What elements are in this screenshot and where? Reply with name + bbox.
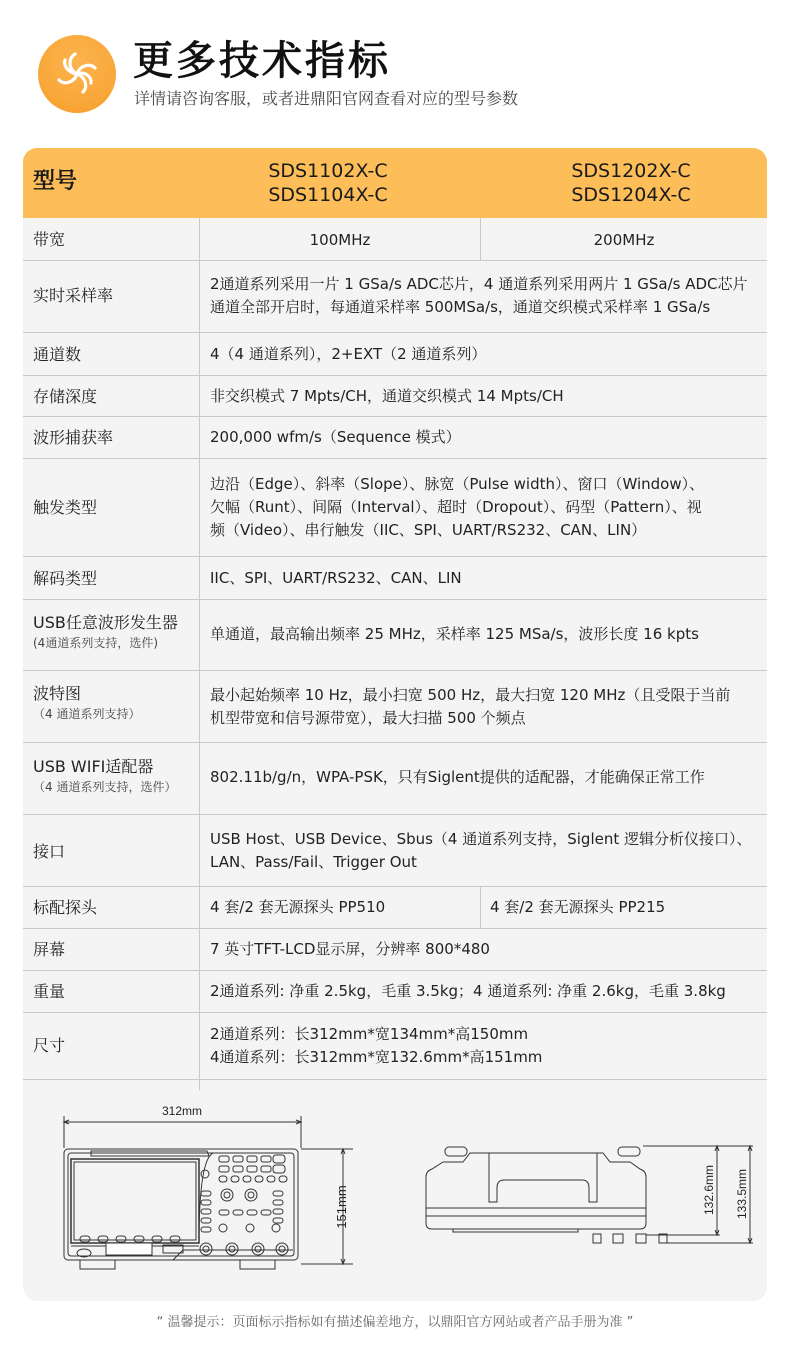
row-value: 2通道系列：长312mm*宽134mm*高150mm 4通道系列：长312mm*… (210, 1023, 762, 1069)
table-row-bandwidth: 带宽 100MHz 200MHz (23, 218, 767, 261)
row-label: 波形捕获率 (33, 427, 113, 449)
value-line: USB Host、USB Device、Sbus（4 通道系列支持，Siglen… (210, 828, 762, 851)
oscilloscope-dimension-drawing: 312mm 151mm 132.6mm 133.5mm (23, 1090, 767, 1301)
table-row-weight: 重量 2通道系列: 净重 2.5kg，毛重 3.5kg；4 通道系列: 净重 2… (23, 971, 767, 1013)
value-line: 通道全部开启时，每通道采样率 500MSa/s，通道交织模式采样率 1 GSa/… (210, 296, 762, 319)
table-row-capture-rate: 波形捕获率 200,000 wfm/s（Sequence 模式） (23, 417, 767, 459)
value-line: 边沿（Edge）、斜率（Slope）、脉宽（Pulse width）、窗口（Wi… (210, 473, 762, 496)
table-row-channels: 通道数 4（4 通道系列），2+EXT（2 通道系列） (23, 333, 767, 376)
row-value: 4 套/2 套无源探头 PP510 (210, 896, 480, 919)
value-line: 2通道系列采用一片 1 GSa/s ADC芯片，4 通道系列采用两片 1 GSa… (210, 273, 762, 296)
row-value: 4 套/2 套无源探头 PP215 (490, 896, 760, 919)
row-label: 实时采样率 (33, 285, 113, 307)
front-height-label: 151mm (334, 1185, 349, 1228)
swirl-fan-icon (38, 35, 116, 113)
model-name: SDS1102X-C (198, 159, 458, 183)
dimension-diagrams: 312mm 151mm 132.6mm 133.5mm (23, 1090, 767, 1301)
row-value: USB Host、USB Device、Sbus（4 通道系列支持，Siglen… (210, 828, 762, 874)
row-label-text: USB WIFI适配器 (33, 757, 153, 776)
page-subtitle: 详情请咨询客服，或者进鼎阳官网查看对应的型号参数 (134, 89, 518, 109)
row-value: 4（4 通道系列），2+EXT（2 通道系列） (210, 343, 762, 366)
model-column-2: SDS1202X-C SDS1204X-C (501, 159, 761, 207)
row-value: 7 英寸TFT-LCD显示屏，分辨率 800*480 (210, 938, 762, 961)
page-title: 更多技术指标 (133, 38, 391, 84)
row-value: 200,000 wfm/s（Sequence 模式） (210, 426, 762, 449)
footer-note: “ 温馨提示：页面标示指标如有描述偏差地方，以鼎阳官方网站或者产品手册为准 ” (0, 1313, 790, 1333)
model-column-1: SDS1102X-C SDS1104X-C (198, 159, 458, 207)
row-label: 通道数 (33, 344, 81, 366)
row-label: 标配探头 (33, 897, 97, 919)
column-divider (199, 1080, 200, 1090)
row-label: 带宽 (33, 229, 65, 251)
row-value: 200MHz (481, 229, 767, 252)
row-value: 100MHz (200, 229, 480, 252)
model-name: SDS1202X-C (501, 159, 761, 183)
row-value: 最小起始频率 10 Hz，最小扫宽 500 Hz，最大扫宽 120 MHz（且受… (210, 684, 762, 730)
table-header-row: 型号 SDS1102X-C SDS1104X-C SDS1202X-C SDS1… (23, 148, 767, 218)
row-value: 2通道系列: 净重 2.5kg，毛重 3.5kg；4 通道系列: 净重 2.6k… (210, 980, 762, 1003)
table-row-probes: 标配探头 4 套/2 套无源探头 PP510 4 套/2 套无源探头 PP215 (23, 887, 767, 929)
row-label: 重量 (33, 981, 65, 1003)
row-label: 接口 (33, 841, 65, 863)
value-line: 频（Video）、串行触发（IIC、SPI、UART/RS232、CAN、LIN… (210, 519, 762, 542)
value-line: 欠幅（Runt）、间隔（Interval）、超时（Dropout）、码型（Pat… (210, 496, 762, 519)
row-value: 单通道，最高输出频率 25 MHz，采样率 125 MSa/s，波形长度 16 … (210, 623, 762, 646)
table-row-memory-depth: 存储深度 非交织模式 7 Mpts/CH，通道交织模式 14 Mpts/CH (23, 376, 767, 417)
value-line: 4通道系列：长312mm*宽132.6mm*高151mm (210, 1046, 762, 1069)
column-divider (480, 218, 481, 261)
front-width-label: 312mm (162, 1104, 202, 1118)
row-label: USB任意波形发生器 (4通道系列支持，选件) (33, 612, 178, 652)
table-row-trigger-types: 触发类型 边沿（Edge）、斜率（Slope）、脉宽（Pulse width）、… (23, 459, 767, 557)
table-row-sample-rate: 实时采样率 2通道系列采用一片 1 GSa/s ADC芯片，4 通道系列采用两片… (23, 261, 767, 333)
value-line: LAN、Pass/Fail、Trigger Out (210, 851, 762, 874)
row-value: 2通道系列采用一片 1 GSa/s ADC芯片，4 通道系列采用两片 1 GSa… (210, 273, 762, 319)
row-label-note: （4 通道系列支持，选件） (33, 778, 176, 796)
spec-table: 型号 SDS1102X-C SDS1104X-C SDS1202X-C SDS1… (23, 148, 767, 1301)
model-name: SDS1104X-C (198, 183, 458, 207)
value-line: 最小起始频率 10 Hz，最小扫宽 500 Hz，最大扫宽 120 MHz（且受… (210, 684, 762, 707)
side-depth-label-1: 132.6mm (702, 1165, 716, 1215)
column-divider (480, 887, 481, 929)
value-line: 机型带宽和信号源带宽），最大扫描 500 个频点 (210, 707, 762, 730)
row-label: 波特图 （4 通道系列支持） (33, 683, 140, 723)
section-header: 更多技术指标 详情请咨询客服，或者进鼎阳官网查看对应的型号参数 (0, 0, 790, 140)
model-name: SDS1204X-C (501, 183, 761, 207)
row-label: 解码类型 (33, 568, 97, 590)
table-row-dimensions: 尺寸 2通道系列：长312mm*宽134mm*高150mm 4通道系列：长312… (23, 1013, 767, 1080)
row-label: 屏幕 (33, 939, 65, 961)
row-label-text: 波特图 (33, 684, 81, 703)
table-row-usb-wifi: USB WIFI适配器 （4 通道系列支持，选件） 802.11b/g/n，WP… (23, 743, 767, 815)
row-value: 边沿（Edge）、斜率（Slope）、脉宽（Pulse width）、窗口（Wi… (210, 473, 762, 542)
table-row-interfaces: 接口 USB Host、USB Device、Sbus（4 通道系列支持，Sig… (23, 815, 767, 887)
row-value: 802.11b/g/n，WPA-PSK，只有Siglent提供的适配器，才能确保… (210, 766, 762, 789)
row-label: USB WIFI适配器 （4 通道系列支持，选件） (33, 756, 176, 796)
model-label: 型号 (33, 166, 77, 198)
row-label: 尺寸 (33, 1035, 65, 1057)
row-value: IIC、SPI、UART/RS232、CAN、LIN (210, 567, 762, 590)
row-label: 触发类型 (33, 497, 97, 519)
table-row-usb-awg: USB任意波形发生器 (4通道系列支持，选件) 单通道，最高输出频率 25 MH… (23, 600, 767, 671)
row-label: 存储深度 (33, 386, 97, 408)
value-line: 2通道系列：长312mm*宽134mm*高150mm (210, 1023, 762, 1046)
row-label-note: （4 通道系列支持） (33, 705, 140, 723)
row-value: 非交织模式 7 Mpts/CH，通道交织模式 14 Mpts/CH (210, 385, 762, 408)
table-row-screen: 屏幕 7 英寸TFT-LCD显示屏，分辨率 800*480 (23, 929, 767, 971)
row-label-text: USB任意波形发生器 (33, 613, 178, 632)
table-row-bode-plot: 波特图 （4 通道系列支持） 最小起始频率 10 Hz，最小扫宽 500 Hz，… (23, 671, 767, 743)
table-row-decode-types: 解码类型 IIC、SPI、UART/RS232、CAN、LIN (23, 557, 767, 600)
row-label-note: (4通道系列支持，选件) (33, 634, 178, 652)
side-depth-label-2: 133.5mm (735, 1169, 749, 1219)
